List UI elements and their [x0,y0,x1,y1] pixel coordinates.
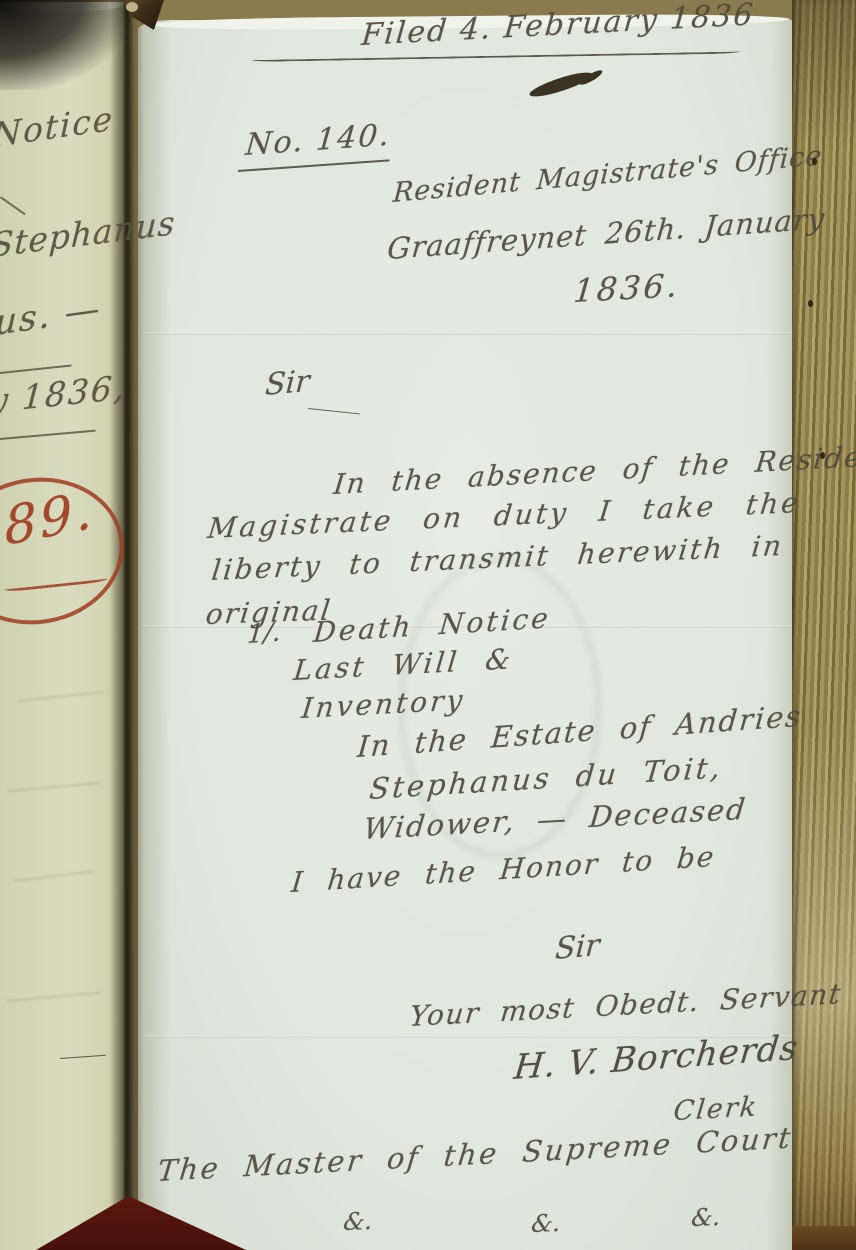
etc-mark-3: &. [690,1203,722,1232]
page-crease [142,332,790,335]
fore-edge-speck [808,300,813,307]
letterhead-year: 1836. [572,266,682,310]
etc-mark-1: &. [342,1207,374,1236]
corner-shadow [0,0,130,90]
binding-bottom-right [792,1226,856,1250]
book-gutter [110,0,144,1250]
closing-sir: Sir [554,928,601,967]
book-fore-edge [792,0,856,1250]
enclosure-number: 1/. [246,617,282,650]
salutation: Sir [264,364,311,403]
scanned-letter-page: Filed 4. February 1836 No. 140. Resident… [0,0,856,1250]
binding-clip-highlight [126,2,138,12]
signature-title: Clerk [672,1091,760,1127]
fore-edge-speck [812,158,817,165]
etc-mark-2: &. [530,1209,562,1238]
left-page-paper [0,6,124,1250]
fore-edge-speck [820,452,825,459]
